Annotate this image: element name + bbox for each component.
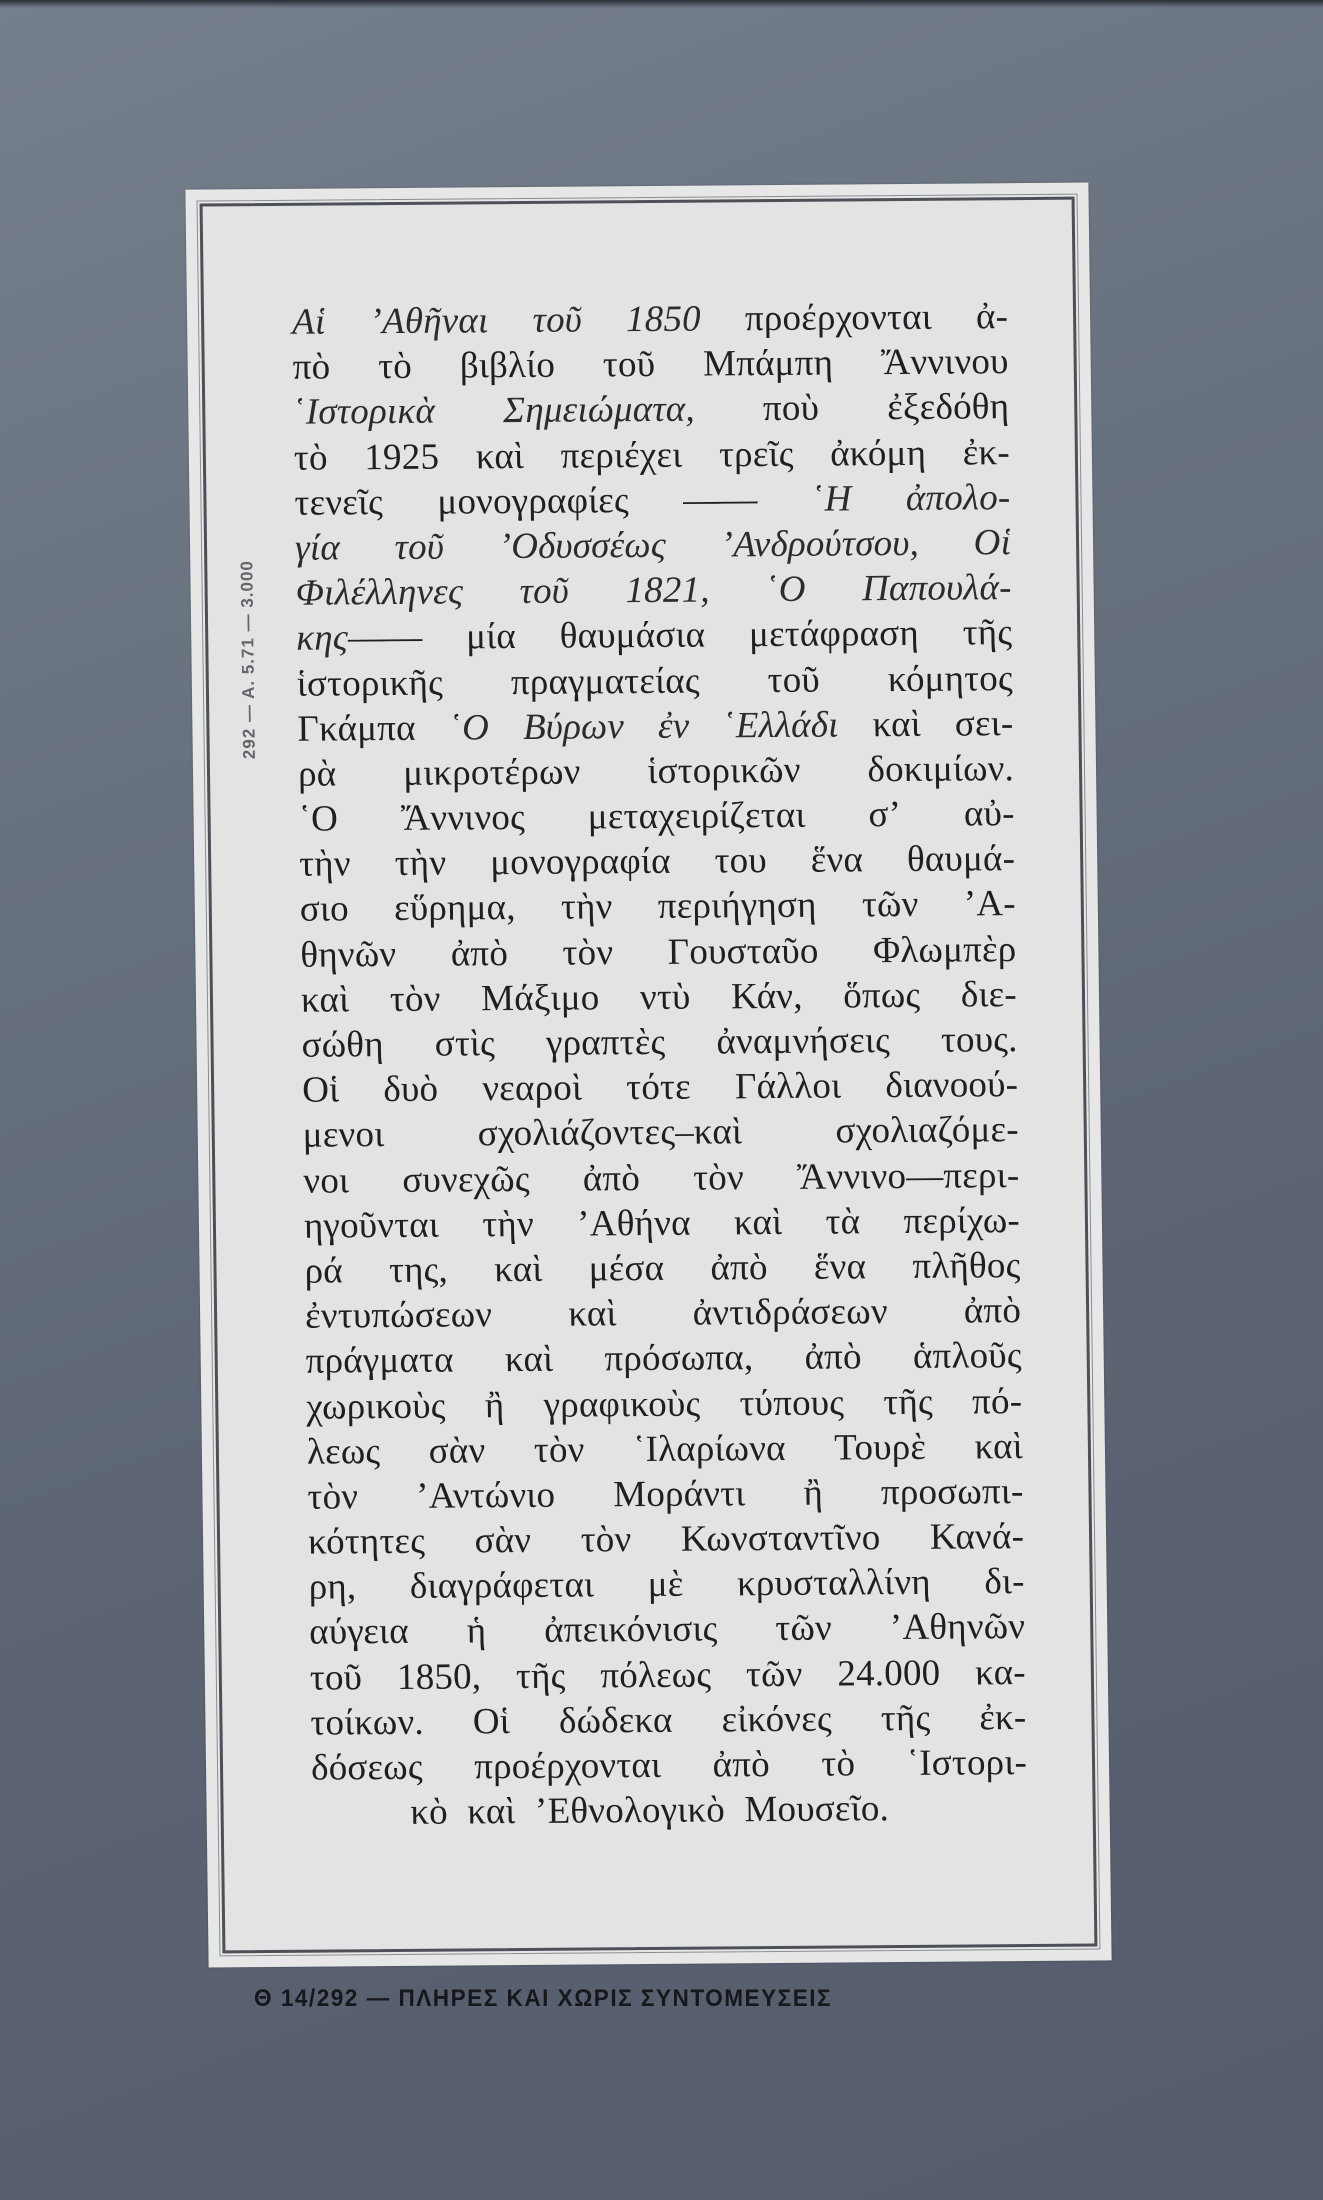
- blurb-line: αύγειαἡἀπεικόνισιςτῶν’Αθηνῶν: [309, 1604, 1026, 1655]
- blurb-line: ρη,διαγράφεταιμὲκρυσταλλίνηδι-: [308, 1559, 1025, 1610]
- blurb-line: τὴντὴνμονογραφίατουἕναθαυμά-: [299, 836, 1016, 887]
- blurb-line: ράτης,καὶμέσαἀπὸἕναπλῆθος: [304, 1243, 1021, 1294]
- blurb-line: σώθηστὶςγραπτὲςἀναμνήσειςτους.: [301, 1017, 1018, 1068]
- blurb-line: τὸ1925καὶπεριέχειτρεῖςἀκόμηἐκ-: [294, 430, 1011, 481]
- blurb-line: ῾ΟἌννινοςμεταχειρίζεταισ’αὐ-: [298, 791, 1015, 842]
- blurb-line: μενοισχολιάζοντες–καὶσχολιαζόμε-: [302, 1107, 1019, 1158]
- blurb-line: θηνῶνἀπὸτὸνΓουσταῦοΦλωμπὲρ: [300, 927, 1017, 978]
- back-cover-card: 292 — Α. 5.71 — 3.000 Αἱ’Αθῆναιτοῦ1850πρ…: [185, 183, 1111, 1968]
- blurb-line: ηγοῦνταιτὴν’Αθήνακαὶτὰπερίχω-: [304, 1198, 1021, 1249]
- blurb-text: Αἱ’Αθῆναιτοῦ1850προέρχονταιἀ-πὸτὸβιβλίοτ…: [292, 294, 1028, 1836]
- blurb-line: λεωςσὰντὸν῾ΙλαρίωναΤουρὲκαὶ: [307, 1424, 1024, 1475]
- blurb-line: ῾ΙστορικὰΣημειώματα,ποὺἐξεδόθη: [293, 385, 1010, 436]
- blurb-line: πὸτὸβιβλίοτοῦΜπάμπηἌννινου: [292, 339, 1009, 390]
- blurb-line: Γκάμπα῾ΟΒύρωνἐν῾Ελλάδικαὶσει-: [297, 701, 1014, 752]
- blurb-line: κὸ καὶ ’Εθνολογικὸ Μουσεῖο.: [311, 1785, 1028, 1836]
- blurb-line: πράγματακαὶπρόσωπα,ἀπὸἁπλοῦς: [305, 1333, 1022, 1384]
- blurb-line: κότητεςσὰντὸνΚωνσταντῖνοΚανά-: [308, 1514, 1025, 1565]
- blurb-line: νοισυνεχῶςἀπὸτὸνἌννινο—περι-: [303, 1153, 1020, 1204]
- blurb-line: χωρικοὺςἢγραφικοὺςτύπουςτῆςπό-: [306, 1379, 1023, 1430]
- blurb-line: σιοεὕρημα,τὴνπεριήγησητῶν’Α-: [300, 882, 1017, 933]
- blurb-line: ἐντυπώσεωνκαὶἀντιδράσεωνἀπὸ: [305, 1288, 1022, 1339]
- blurb-line: Φιλέλληνεςτοῦ1821,῾ΟΠαπουλά-: [295, 565, 1012, 616]
- blurb-line: τοῦ1850,τῆςπόλεωςτῶν24.000κα-: [310, 1650, 1027, 1701]
- blurb-line: ρὰμικροτέρωνἱστορικῶνδοκιμίων.: [298, 746, 1015, 797]
- side-print-code: 292 — Α. 5.71 — 3.000: [235, 489, 261, 759]
- blurb-line: Αἱ’Αθῆναιτοῦ1850προέρχονταιἀ-: [292, 294, 1009, 345]
- blurb-line: τενεῖςμονογραφίες——῾Ηἀπολο-: [294, 475, 1011, 526]
- blurb-line: δόσεωςπροέρχονταιἀπὸτὸ῾Ιστορι-: [311, 1740, 1028, 1791]
- blurb-line: ΟἱδυὸνεαροὶτότεΓάλλοιδιανοού-: [302, 1062, 1019, 1113]
- blurb-line: κης——μίαθαυμάσιαμετάφρασητῆς: [296, 610, 1013, 661]
- blurb-line: τοίκων.Οἱδώδεκαεἰκόνεςτῆςἐκ-: [310, 1695, 1027, 1746]
- blurb-line: τὸν’ΑντώνιοΜοράντιἢπροσωπι-: [307, 1469, 1024, 1520]
- top-shadow: [0, 0, 1323, 8]
- blurb-line: καὶτὸνΜάξιμοντὺΚάν,ὅπωςδιε-: [301, 972, 1018, 1023]
- blurb-line: γίατοῦ’Οδυσσέως’Ανδρούτσου,Οἱ: [295, 520, 1012, 571]
- blurb-line: ἱστορικῆςπραγματείαςτοῦκόμητος: [297, 656, 1014, 707]
- series-footer: Θ 14/292 — ΠΛΗΡΕΣ ΚΑΙ ΧΩΡΙΣ ΣΥΝΤΟΜΕΥΣΕΙΣ: [254, 1985, 997, 2013]
